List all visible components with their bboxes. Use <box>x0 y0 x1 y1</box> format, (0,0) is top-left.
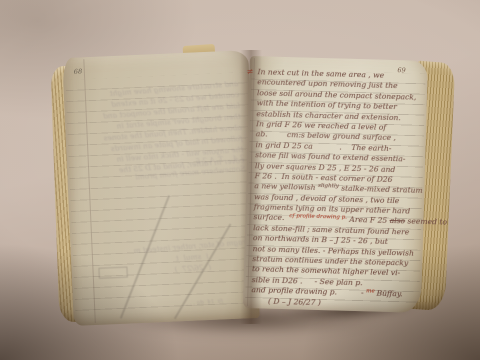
page-number-left: 68 <box>74 67 83 75</box>
ghost-boxed-mark <box>98 267 127 279</box>
left-page: 68 and structure showing have mightcount… <box>62 50 260 326</box>
photo-open-notebook: 68 and structure showing have mightcount… <box>0 0 480 360</box>
right-page: 69 ≠In next cut in the same area , weenc… <box>243 56 428 313</box>
handwriting-block: ≠In next cut in the same area , weencoun… <box>251 67 422 310</box>
book-gutter-shadow <box>240 50 262 324</box>
